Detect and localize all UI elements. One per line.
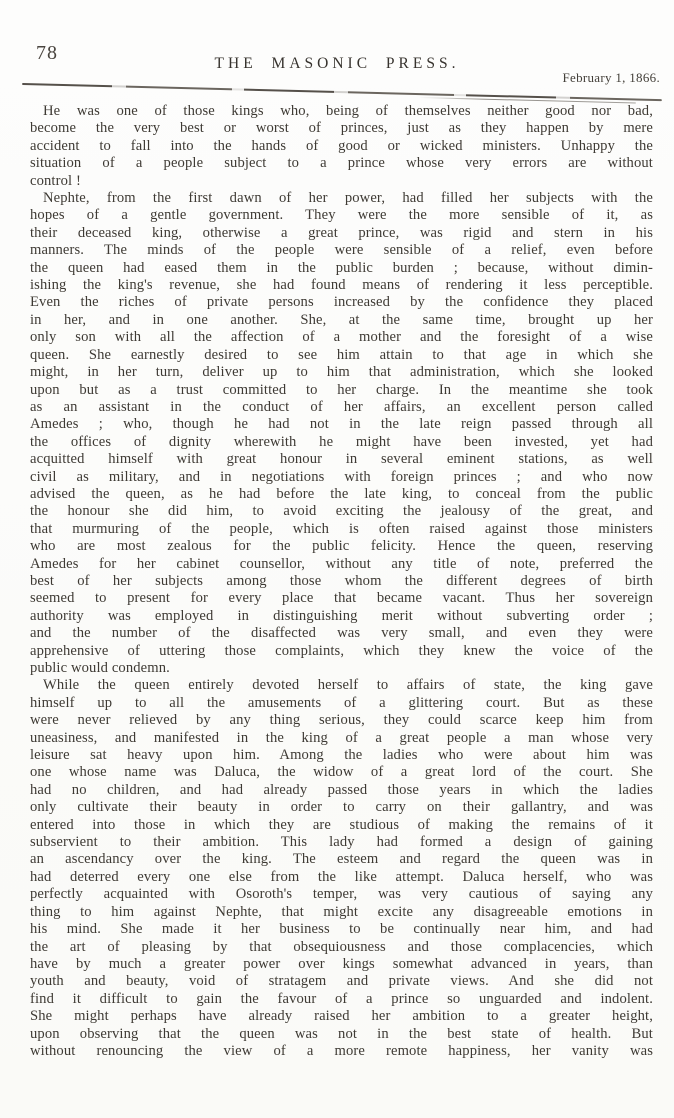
text-line: one whose name was Daluca, the widow of …	[30, 764, 653, 781]
text-line: were never relieved by any thing serious…	[30, 712, 653, 729]
text-line: upon observing that the queen was not in…	[30, 1026, 653, 1043]
text-line: the queen had eased them in the public b…	[30, 260, 653, 277]
text-line: and the number of the disaffected was ve…	[30, 625, 653, 642]
text-line: without renouncing the view of a more re…	[30, 1043, 653, 1060]
text-line: himself up to all the amusements of a gl…	[30, 695, 653, 712]
paragraph: Nephte, from the first dawn of her power…	[30, 190, 653, 677]
text-line: queen. She earnestly desired to see him …	[30, 347, 653, 364]
issue-date: February 1, 1866.	[562, 70, 660, 86]
text-line: might, in her turn, deliver up to him th…	[30, 364, 653, 381]
text-line: apprehensive of uttering those complaint…	[30, 643, 653, 660]
text-line: as an assistant in the conduct of her af…	[30, 399, 653, 416]
text-line: who are most zealous for the public feli…	[30, 538, 653, 555]
text-line: perfectly acquainted with Osoroth's temp…	[30, 886, 653, 903]
text-line: Nephte, from the first dawn of her power…	[30, 190, 653, 207]
text-line: thing to him against Nephte, that might …	[30, 904, 653, 921]
text-line: civil as military, and in negotiations w…	[30, 469, 653, 486]
text-line: an ascendancy over the king. The esteem …	[30, 851, 653, 868]
text-line: subservient to their ambition. This lady…	[30, 834, 653, 851]
text-line: only cultivate their beauty in order to …	[30, 799, 653, 816]
text-line: Amedes ; who, though he had not in the l…	[30, 416, 653, 433]
text-line: Even the riches of private persons incre…	[30, 294, 653, 311]
text-line: He was one of those kings who, being of …	[30, 103, 653, 120]
text-line: the art of pleasing by that obsequiousne…	[30, 939, 653, 956]
text-line: manners. The minds of the people were se…	[30, 242, 653, 259]
text-line: find it difficult to gain the favour of …	[30, 991, 653, 1008]
text-line: acquitted himself with great honour in s…	[30, 451, 653, 468]
text-line: public would condemn.	[30, 660, 653, 677]
text-line: have by much a greater power over kings …	[30, 956, 653, 973]
text-line: advised the queen, as he had before the …	[30, 486, 653, 503]
text-line: Amedes for her cabinet counsellor, witho…	[30, 556, 653, 573]
text-line: hopes of a gentle government. They were …	[30, 207, 653, 224]
text-line: had deterred every one else from the lik…	[30, 869, 653, 886]
text-line: his mind. She made it her business to be…	[30, 921, 653, 938]
paragraph: While the queen entirely devoted herself…	[30, 677, 653, 1060]
paragraph: He was one of those kings who, being of …	[30, 103, 653, 190]
text-line: control !	[30, 173, 653, 190]
newspaper-page: 78 THE MASONIC PRESS. February 1, 1866. …	[0, 0, 674, 1118]
text-line: uneasiness, and manifested in the king o…	[30, 730, 653, 747]
article-body: He was one of those kings who, being of …	[30, 103, 653, 1060]
text-line: the offices of dignity wherewith he migh…	[30, 434, 653, 451]
text-line: situation of a people subject to a princ…	[30, 155, 653, 172]
header-rule	[22, 83, 662, 105]
text-line: in her, and in one another. She, at the …	[30, 312, 653, 329]
text-line: leisure sat heavy upon him. Among the la…	[30, 747, 653, 764]
text-line: their deceased king, otherwise a great p…	[30, 225, 653, 242]
text-line: seemed to present for every place that b…	[30, 590, 653, 607]
text-line: upon but as a trust committed to her cha…	[30, 382, 653, 399]
text-line: ishing the king's revenue, she had found…	[30, 277, 653, 294]
text-line: had no children, and had already passed …	[30, 782, 653, 799]
text-line: youth and beauty, void of stratagem and …	[30, 973, 653, 990]
text-line: accident to fall into the hands of good …	[30, 138, 653, 155]
text-line: that murmuring of the people, which is o…	[30, 521, 653, 538]
text-line: While the queen entirely devoted herself…	[30, 677, 653, 694]
text-line: become the very best or worst of princes…	[30, 120, 653, 137]
text-line: authority was employed in distinguishing…	[30, 608, 653, 625]
text-line: only son with all the affection of a mot…	[30, 329, 653, 346]
text-line: best of her subjects among those whom th…	[30, 573, 653, 590]
text-line: She might perhaps have already raised he…	[30, 1008, 653, 1025]
text-line: entered into those in which they are stu…	[30, 817, 653, 834]
text-line: the honour she did him, to avoid excitin…	[30, 503, 653, 520]
